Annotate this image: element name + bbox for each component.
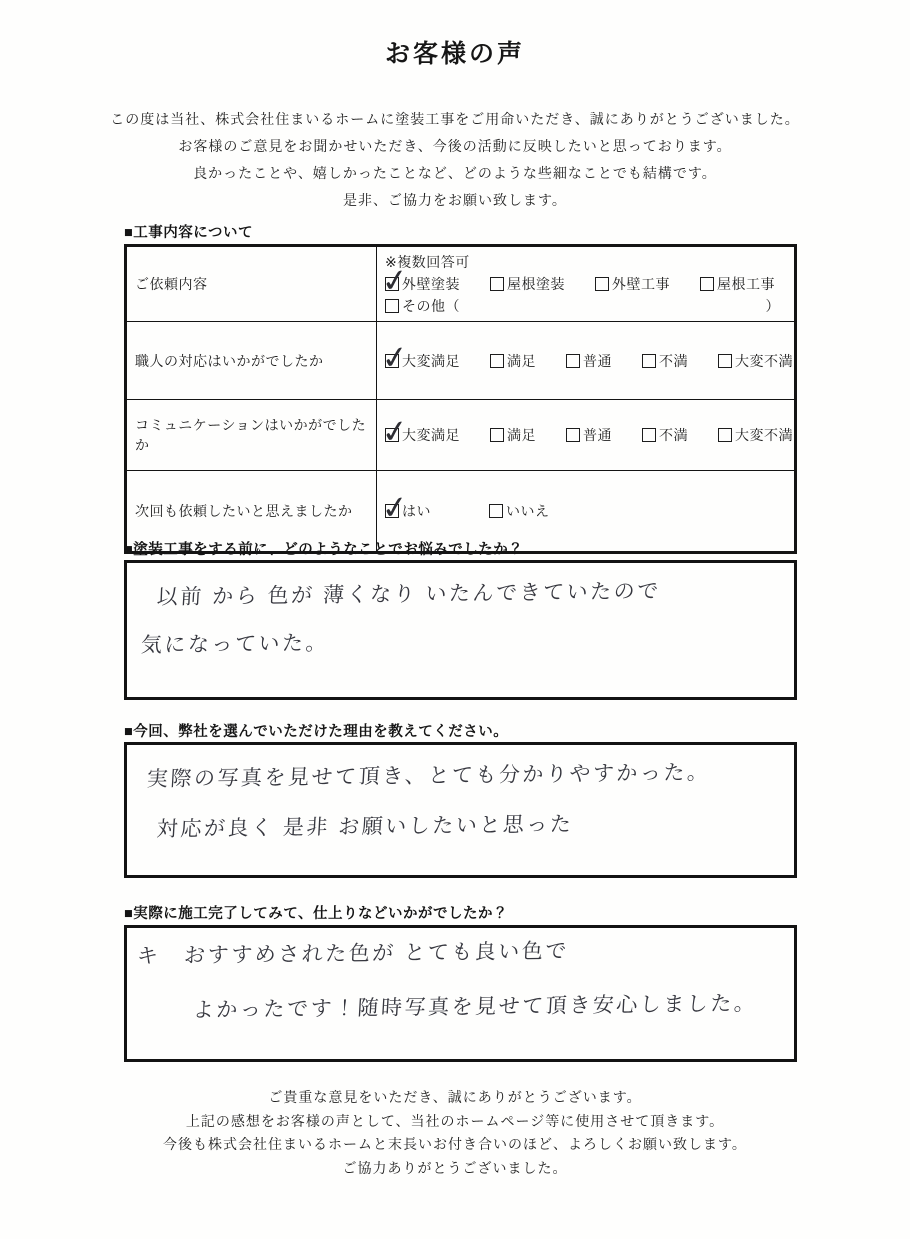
option-label: 不満 (659, 350, 688, 372)
option-label: 外壁塗装 (402, 273, 460, 295)
checkbox-communication-dissatisfied: ✓ (642, 428, 656, 442)
option-roof-work: ✓ 屋根工事 (700, 273, 775, 295)
checkbox-roof-work: ✓ (700, 277, 714, 291)
handwriting-line: 実際の写真を見せて頂き、とても分かりやすかった。 (146, 755, 795, 793)
handwriting-line: 以前 から 色が 薄くなり いたんできていたので (156, 573, 795, 611)
option-label: 大変不満 (735, 424, 793, 446)
option-label: 満足 (507, 350, 536, 372)
option-label: 普通 (583, 350, 612, 372)
option-exterior-painting: ✓ 外壁塗装 (385, 273, 460, 295)
checkbox-communication-very-dissatisfied: ✓ (718, 428, 732, 442)
option-very-dissatisfied: ✓ 大変不満 (718, 424, 793, 446)
footer-line: 今後も株式会社住まいるホームと末長いお付き合いのほど、よろしくお願い致します。 (0, 1133, 910, 1157)
answer-cell: ✓ 大変満足 ✓ 満足 ✓ 普通 ✓ 不満 (377, 400, 796, 471)
checkbox-craftsman-very-dissatisfied: ✓ (718, 354, 732, 368)
answer-cell: ※複数回答可 ✓ 外壁塗装 ✓ 屋根塗装 ✓ 外壁工事 ✓ (377, 246, 796, 322)
option-label: 大変不満 (735, 350, 793, 372)
intro-paragraph: この度は当社、株式会社住まいるホームに塗装工事をご用命いただき、誠にありがとうご… (0, 106, 910, 214)
handwriting-line: 気になっていた。 (140, 621, 795, 659)
option-no: ✓ いいえ (489, 500, 550, 522)
table-row-communication: コミュニケーションはいかがでしたか ✓ 大変満足 ✓ 満足 ✓ 普通 (126, 400, 796, 471)
section-header-finish-impression: ■実際に施工完了してみて、仕上りなどいかがでしたか？ (124, 902, 508, 923)
checkbox-communication-normal: ✓ (566, 428, 580, 442)
option-very-satisfied: ✓ 大変満足 (385, 424, 460, 446)
handwritten-answer-box-worries: 以前 から 色が 薄くなり いたんできていたので 気になっていた。 (124, 560, 797, 700)
checkbox-repeat-yes: ✓ (385, 504, 399, 518)
option-label: 大変満足 (402, 424, 460, 446)
option-roof-painting: ✓ 屋根塗装 (490, 273, 565, 295)
checkbox-roof-painting: ✓ (490, 277, 504, 291)
question-label: 職人の対応はいかがでしたか (126, 322, 377, 400)
table-row-request-content: ご依頼内容 ※複数回答可 ✓ 外壁塗装 ✓ 屋根塗装 ✓ 外壁工事 (126, 246, 796, 322)
option-label: 屋根塗装 (507, 273, 565, 295)
footer-paragraph: ご貴重な意見をいただき、誠にありがとうございます。 上記の感想をお客様の声として… (0, 1086, 910, 1180)
intro-line: お客様のご意見をお聞かせいただき、今後の活動に反映したいと思っております。 (0, 133, 910, 160)
option-label: いいえ (506, 500, 550, 522)
footer-line: ご協力ありがとうございました。 (0, 1157, 910, 1181)
handwritten-answer-box-reason: 実際の写真を見せて頂き、とても分かりやすかった。 対応が良く 是非 お願いしたい… (124, 742, 797, 878)
question-label: ご依頼内容 (126, 246, 377, 322)
checkbox-craftsman-very-satisfied: ✓ (385, 354, 399, 368)
option-label: はい (402, 500, 431, 522)
checkbox-exterior-work: ✓ (595, 277, 609, 291)
option-label: 普通 (583, 424, 612, 446)
option-label: 屋根工事 (717, 273, 775, 295)
intro-line: 良かったことや、嬉しかったことなど、どのような些細なことでも結構です。 (0, 160, 910, 187)
handwritten-answer-box-finish: キ おすすめされた色が とても良い色で よかったです！随時写真を見せて頂き安心し… (124, 925, 797, 1062)
other-close-paren: ） (766, 295, 781, 317)
option-very-dissatisfied: ✓ 大変不満 (718, 350, 793, 372)
option-other: ✓ その他（ (385, 295, 460, 317)
checkbox-craftsman-dissatisfied: ✓ (642, 354, 656, 368)
footer-line: 上記の感想をお客様の声として、当社のホームページ等に使用させて頂きます。 (0, 1110, 910, 1134)
option-label: 満足 (507, 424, 536, 446)
option-normal: ✓ 普通 (566, 424, 612, 446)
checkbox-exterior-painting: ✓ (385, 277, 399, 291)
option-label: 大変満足 (402, 350, 460, 372)
page-title: お客様の声 (0, 34, 910, 70)
section-header-reason-chosen: ■今回、弊社を選んでいただけた理由を教えてください。 (124, 720, 508, 741)
checkbox-craftsman-normal: ✓ (566, 354, 580, 368)
footer-line: ご貴重な意見をいただき、誠にありがとうございます。 (0, 1086, 910, 1110)
section-header-worries-before-painting: ■塗装工事をする前に、どのようなことでお悩みでしたか？ (124, 538, 523, 559)
option-satisfied: ✓ 満足 (490, 424, 536, 446)
option-label: 不満 (659, 424, 688, 446)
option-label: その他（ (402, 295, 460, 317)
option-very-satisfied: ✓ 大変満足 (385, 350, 460, 372)
handwriting-line: よかったです！随時写真を見せて頂き安心しました。 (192, 987, 795, 1024)
survey-table: ご依頼内容 ※複数回答可 ✓ 外壁塗装 ✓ 屋根塗装 ✓ 外壁工事 (124, 244, 797, 554)
checkbox-craftsman-satisfied: ✓ (490, 354, 504, 368)
option-yes: ✓ はい (385, 500, 431, 522)
option-label: 外壁工事 (612, 273, 670, 295)
option-normal: ✓ 普通 (566, 350, 612, 372)
checkbox-other: ✓ (385, 299, 399, 313)
intro-line: この度は当社、株式会社住まいるホームに塗装工事をご用命いただき、誠にありがとうご… (0, 106, 910, 133)
scanned-feedback-form: お客様の声 この度は当社、株式会社住まいるホームに塗装工事をご用命いただき、誠に… (0, 0, 910, 1239)
option-exterior-work: ✓ 外壁工事 (595, 273, 670, 295)
handwriting-line: キ おすすめされた色が とても良い色で (136, 932, 795, 970)
intro-line: 是非、ご協力をお願い致します。 (0, 187, 910, 214)
section-header-work-content: ■工事内容について (124, 221, 253, 242)
checkbox-communication-satisfied: ✓ (490, 428, 504, 442)
multi-answer-note: ※複数回答可 (385, 251, 786, 273)
option-satisfied: ✓ 満足 (490, 350, 536, 372)
answer-cell: ✓ 大変満足 ✓ 満足 ✓ 普通 ✓ 不満 (377, 322, 796, 400)
checkbox-repeat-no: ✓ (489, 504, 503, 518)
handwriting-line: 対応が良く 是非 お願いしたいと思った (156, 805, 795, 843)
checkbox-communication-very-satisfied: ✓ (385, 428, 399, 442)
table-row-craftsman: 職人の対応はいかがでしたか ✓ 大変満足 ✓ 満足 ✓ 普通 (126, 322, 796, 400)
question-label: コミュニケーションはいかがでしたか (126, 400, 377, 471)
option-dissatisfied: ✓ 不満 (642, 424, 688, 446)
option-dissatisfied: ✓ 不満 (642, 350, 688, 372)
